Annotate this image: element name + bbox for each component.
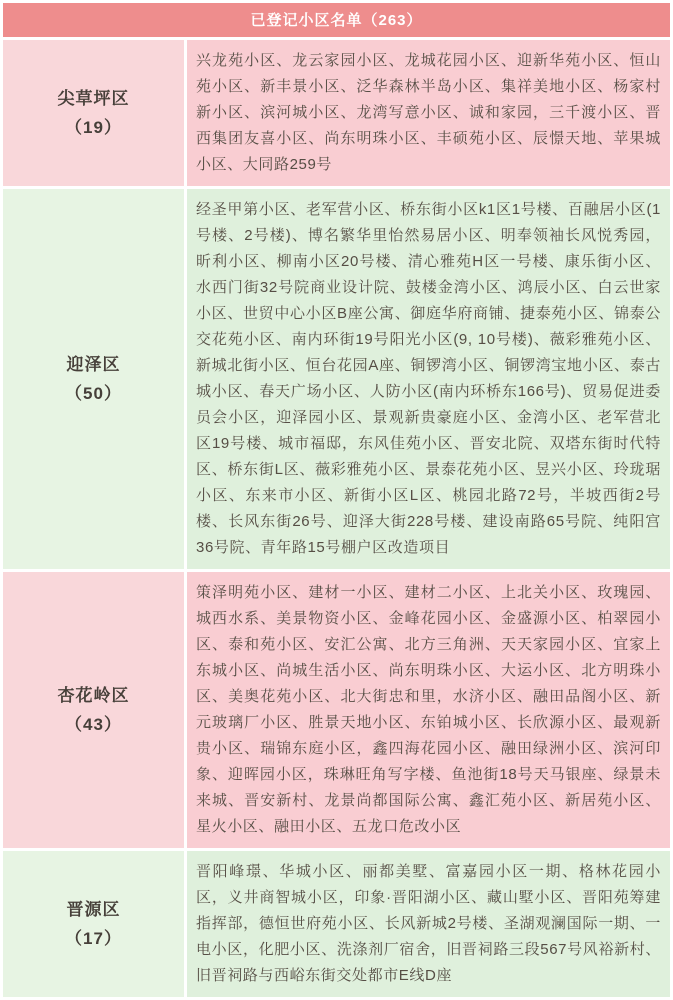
district-count: （19）: [65, 113, 122, 142]
table-title: 已登记小区名单（263）: [3, 3, 670, 37]
district-cell: 迎泽区 （50）: [3, 189, 184, 569]
district-cell: 晋源区 （17）: [3, 851, 184, 997]
communities-list: 晋阳峰璟、华城小区、丽都美墅、富嘉园小区一期、格林花园小区，义井商智城小区，印象…: [187, 851, 670, 997]
district-cell: 杏花岭区 （43）: [3, 572, 184, 848]
registered-communities-table: 已登记小区名单（263） 尖草坪区 （19） 兴龙苑小区、龙云家园小区、龙城花园…: [0, 0, 673, 1000]
district-name: 晋源区: [67, 895, 121, 924]
district-count: （17）: [65, 924, 122, 953]
communities-list: 经圣甲第小区、老军营小区、桥东街小区k1区1号楼、百融居小区(1号楼、2号楼)、…: [187, 189, 670, 569]
district-name: 杏花岭区: [58, 681, 130, 710]
district-count: （50）: [65, 379, 122, 408]
district-count: （43）: [65, 710, 122, 739]
table-row: 尖草坪区 （19） 兴龙苑小区、龙云家园小区、龙城花园小区、迎新华苑小区、恒山苑…: [3, 40, 670, 186]
communities-list: 兴龙苑小区、龙云家园小区、龙城花园小区、迎新华苑小区、恒山苑小区、新丰景小区、泛…: [187, 40, 670, 186]
table-row: 迎泽区 （50） 经圣甲第小区、老军营小区、桥东街小区k1区1号楼、百融居小区(…: [3, 189, 670, 569]
district-name: 迎泽区: [67, 350, 121, 379]
communities-list: 策泽明苑小区、建材一小区、建材二小区、上北关小区、玫瑰园、城西水系、美景物资小区…: [187, 572, 670, 848]
district-name: 尖草坪区: [58, 84, 130, 113]
table-row: 杏花岭区 （43） 策泽明苑小区、建材一小区、建材二小区、上北关小区、玫瑰园、城…: [3, 572, 670, 848]
district-cell: 尖草坪区 （19）: [3, 40, 184, 186]
table-row: 晋源区 （17） 晋阳峰璟、华城小区、丽都美墅、富嘉园小区一期、格林花园小区，义…: [3, 851, 670, 997]
